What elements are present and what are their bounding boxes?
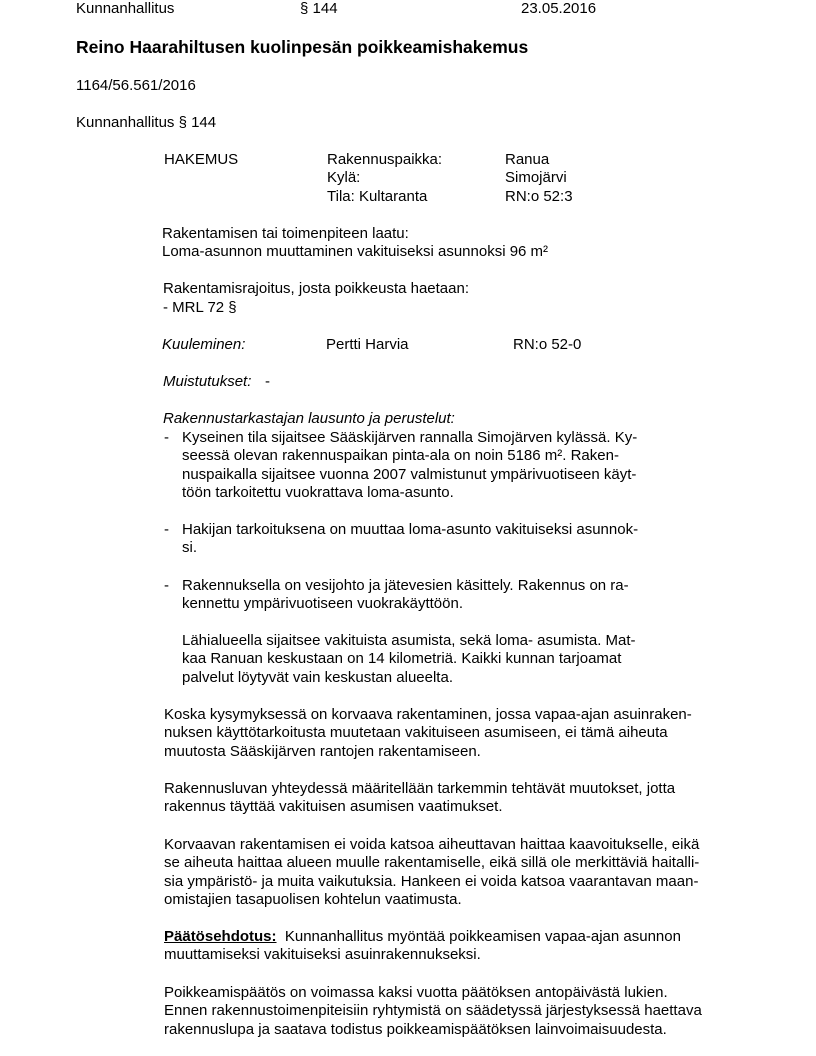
- validity-paragraph: Poikkeamispäätös on voimassa kaksi vuott…: [164, 984, 702, 1039]
- text-line: seessä olevan rakennuspaikan pinta-ala o…: [182, 447, 637, 465]
- text-line: Poikkeamispäätös on voimassa kaksi vuott…: [164, 984, 702, 1002]
- application-key: Tila: Kultaranta: [327, 188, 427, 206]
- application-key: Rakennuspaikka:: [327, 151, 442, 169]
- hearing-label: Kuuleminen:: [162, 336, 245, 354]
- text-line: Ennen rakennustoimenpiteisiin ryhtymistä…: [164, 1002, 702, 1020]
- text-line: Hakijan tarkoituksena on muuttaa loma-as…: [182, 521, 638, 539]
- application-label: HAKEMUS: [164, 151, 238, 169]
- paragraph: Rakennusluvan yhteydessä määritellään ta…: [164, 780, 675, 817]
- text-line: nuksen käyttötarkoitusta muutetaan vakit…: [164, 724, 692, 742]
- text-line: kaa Ranuan keskustaan on 14 kilometriä. …: [182, 650, 636, 668]
- text-line: Koska kysymyksessä on korvaava rakentami…: [164, 706, 692, 724]
- text-line: Lähialueella sijaitsee vakituista asumis…: [182, 632, 636, 650]
- inspector-extra: Lähialueella sijaitsee vakituista asumis…: [182, 632, 636, 687]
- text-line: se aiheuta haittaa alueen muulle rakenta…: [164, 854, 699, 872]
- text-line: Rakennusluvan yhteydessä määritellään ta…: [164, 780, 675, 798]
- bullet-dash: -: [164, 521, 169, 539]
- bullet-dash: -: [164, 429, 169, 447]
- text-line: si.: [182, 539, 638, 557]
- header-body: Kunnanhallitus: [76, 0, 174, 18]
- proposal-label: Päätösehdotus:: [164, 928, 277, 945]
- header-date: 23.05.2016: [521, 0, 596, 18]
- restriction-label: Rakentamisrajoitus, josta poikkeusta hae…: [163, 280, 469, 298]
- construction-type-label: Rakentamisen tai toimenpiteen laatu:: [162, 225, 409, 243]
- text-line: muutosta Sääskijärven rantojen rakentami…: [164, 743, 692, 761]
- restriction-value: - MRL 72 §: [163, 299, 237, 317]
- application-key: Kylä:: [327, 169, 360, 187]
- proposal-text: muuttamiseksi vakituiseksi asuinrakennuk…: [164, 946, 681, 964]
- text-line: Kyseinen tila sijaitsee Sääskijärven ran…: [182, 429, 637, 447]
- inspector-label: Rakennustarkastajan lausunto ja perustel…: [163, 410, 455, 428]
- hearing-rn: RN:o 52-0: [513, 336, 581, 354]
- paragraph: Koska kysymyksessä on korvaava rakentami…: [164, 706, 692, 761]
- paragraph: Korvaavan rakentamisen ei voida katsoa a…: [164, 836, 699, 909]
- text-line: kennettu ympärivuotiseen vuokrakäyttöön.: [182, 595, 629, 613]
- construction-type-value: Loma-asunnon muuttaminen vakituiseksi as…: [162, 243, 548, 261]
- text-line: Korvaavan rakentamisen ei voida katsoa a…: [164, 836, 699, 854]
- page-title: Reino Haarahiltusen kuolinpesän poikkeam…: [76, 38, 528, 56]
- text-line: omistajien tasapuolisen kohtelun vaatimu…: [164, 891, 699, 909]
- hearing-name: Pertti Harvia: [326, 336, 409, 354]
- application-value: Ranua: [505, 151, 549, 169]
- proposal-text: Kunnanhallitus myöntää poikkeamisen vapa…: [285, 928, 681, 945]
- text-line: palvelut löytyvät vain keskustan alueelt…: [182, 669, 636, 687]
- text-line: Rakennuksella on vesijohto ja jätevesien…: [182, 577, 629, 595]
- reference-number: 1164/56.561/2016: [76, 77, 196, 95]
- bullet-dash: -: [164, 577, 169, 595]
- decision-proposal: Päätösehdotus: Kunnanhallitus myöntää po…: [164, 928, 681, 965]
- application-value: RN:o 52:3: [505, 188, 573, 206]
- text-line: rakennus täyttää vakituisen asumisen vaa…: [164, 798, 675, 816]
- header-section: § 144: [300, 0, 338, 18]
- text-line: sia ympäristö- ja muita vaikutuksia. Han…: [164, 873, 699, 891]
- section-reference: Kunnanhallitus § 144: [76, 114, 216, 132]
- application-value: Simojärvi: [505, 169, 567, 187]
- text-line: rakennuslupa ja saatava todistus poikkea…: [164, 1021, 702, 1039]
- text-line: nuspaikalla sijaitsee vuonna 2007 valmis…: [182, 466, 637, 484]
- remarks-value: -: [265, 373, 270, 391]
- remarks-label: Muistutukset:: [163, 373, 251, 391]
- text-line: töön tarkoitettu vuokrattava loma-asunto…: [182, 484, 637, 502]
